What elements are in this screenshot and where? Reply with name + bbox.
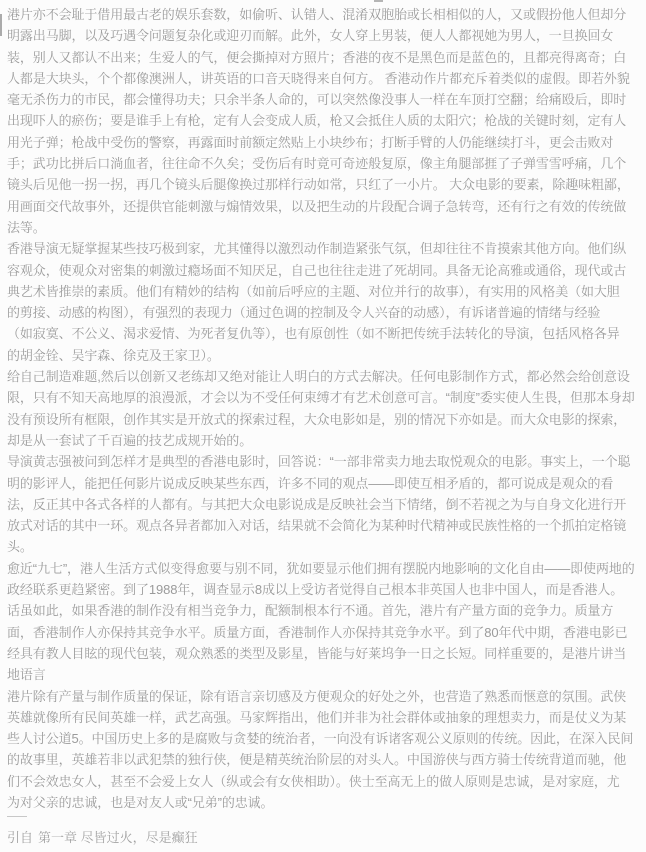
- text-line: 出现吓人的瘀伤；要是谁手上有枪，定有人会变成人质，枪又会抵住人质的太阳穴；枪战的…: [7, 110, 640, 131]
- text-line: 香港导演无疑掌握某些技巧极到家，尤其懂得以激烈动作制造紧张气氛，但却往往不肯摸索…: [7, 238, 640, 259]
- text-line: 手；武功比拼后口淌血者，往往命不久矣；受伤后有时竟可奇迹般复原，像主角腿部捱了子…: [7, 153, 640, 174]
- citation-prefix-label: 引自: [7, 830, 33, 845]
- text-line: 法，反正其中各式各样的人都有。与其把大众电影说成是反映社会当下情绪，倒不若视之为…: [7, 494, 640, 515]
- text-line: 英雄就像所有民间英雄一样，武艺高强。马家辉指出，他们并非为社会群体或抽象的理想卖…: [7, 707, 640, 728]
- citation-line: 引自第一章 尽皆过火，尽是癫狂: [7, 827, 646, 848]
- text-line: 港片除有产量与制作质量的保证，除有语言亲切感及方便观众的好处之外，也营造了熟悉而…: [7, 686, 640, 707]
- text-line: 为对父亲的忠诚，也是对友人或“兄弟”的忠诚。: [7, 792, 640, 813]
- text-line: 典艺术皆推崇的素质。他们有精妙的结构（如前后呼应的主题、对位并行的故事），有实用…: [7, 281, 640, 302]
- text-line: 的故事里，英雄若非以武犯禁的独行侠，便是精英统治阶层的对头人。中国游侠与西方骑士…: [7, 749, 640, 770]
- note-paragraph: 港片亦不会耻于借用最古老的娱乐套数，如偷听、认错人、混淆双胞胎或长相相似的人，又…: [7, 4, 640, 238]
- note-paragraph: 给自己制造难题,然后以创新又老练却又绝对能让人明白的方式去解决。任何电影制作方式…: [7, 366, 640, 451]
- text-line: 却是从一套试了千百遍的技艺成规开始的。: [7, 430, 640, 451]
- text-line: 用画面交代故事外，还提供官能刺激与煽情效果，以及把生动的片段配合调子急转弯，还有…: [7, 196, 640, 217]
- text-line: 地语言: [7, 664, 640, 685]
- text-line: 政经联系更趋紧密。到了1988年，调查显示8成以上受访者觉得自己根本非英国人也非…: [7, 579, 640, 600]
- text-line: 话虽如此，如果香港的制作没有相当竞争力，配额制根本行不通。首先，港片有产量方面的…: [7, 600, 640, 621]
- text-line: 容观众，使观众对密集的刺激过瘾场面不知厌足，自己也往往走进了死胡同。具备无论高雅…: [7, 260, 640, 281]
- text-line: （如寂寞、不公义、渴求爱情、为死者复仇等），也有原创性（如不断把传统手法转化的导…: [7, 323, 640, 344]
- text-line: 放式对话的其中一环。观点各异者都加入对话，结果就不会简化为某种时代精神或民族性格…: [7, 515, 640, 536]
- clipped-previous-line-artifact: [374, 0, 383, 2]
- note-text-block: 港片亦不会耻于借用最古老的娱乐套数，如偷听、认错人、混淆双胞胎或长相相似的人，又…: [0, 0, 646, 813]
- note-paragraph: 香港导演无疑掌握某些技巧极到家，尤其懂得以激烈动作制造紧张气氛，但却往往不肯摸索…: [7, 238, 640, 366]
- text-line: 愈近“九七”，港人生活方式似变得愈要与别不同，犹如要显示他们拥有摆脱内地影响的文…: [7, 558, 640, 579]
- text-line: 些人讨公道5。中国历史上多的是腐败与贪婪的统治者，一向没有诉诸客观公义原则的传统…: [7, 728, 640, 749]
- text-line: 面，香港制作人亦保持其竞争水平。质量方面，香港制作人亦保持其竞争水平。到了80年…: [7, 622, 640, 643]
- note-paragraph: 港片除有产量与制作质量的保证，除有语言亲切感及方便观众的好处之外，也营造了熟悉而…: [7, 686, 640, 814]
- text-line: 人都是大块头，个个都像澳洲人，讲英语的口音天晓得来自何方。 香港动作片都充斥着类…: [7, 68, 640, 89]
- text-line: 镜头后见他一拐一拐，再几个镜头后腿像换过那样行动如常，只红了一小片。 大众电影的…: [7, 174, 640, 195]
- text-line: 明的影评人，能把任何影片说成反映某些东西，许多不同的观点——即使互相矛盾的，都可…: [7, 473, 640, 494]
- text-line: 装，别人又都认不出来；生爱人的气，便会撕掉对方照片；香港的夜不是黑色而是蓝色的，…: [7, 47, 640, 68]
- text-line: 毫无杀伤力的市民，都会懂得功夫；只余半条人命的，可以突然像没事人一样在车顶打空翻…: [7, 89, 640, 110]
- text-line: 没有预设所有框限，创作其实是开放式的探索过程，大众电影如是，别的情况下亦如是。而…: [7, 409, 640, 430]
- text-line: 港片亦不会耻于借用最古老的娱乐套数，如偷听、认错人、混淆双胞胎或长相相似的人，又…: [7, 4, 640, 25]
- text-line: 明露出马脚，以及巧遇令问题复杂化或迎刃而解。此外，女人穿上男装，便人人都视她为男…: [7, 25, 640, 46]
- citation-divider: [7, 816, 27, 817]
- note-paragraph: 导演黄志强被问到怎样才是典型的香港电影时，回答说：“一部非常卖力地去取悦观众的电…: [7, 451, 640, 557]
- note-paragraph: 愈近“九七”，港人生活方式似变得愈要与别不同，犹如要显示他们拥有摆脱内地影响的文…: [7, 558, 640, 686]
- text-line: 的胡金铨、吴宇森、徐克及王家卫）。: [7, 345, 640, 366]
- text-line: 法等。: [7, 217, 640, 238]
- text-line: 给自己制造难题,然后以创新又老练却又绝对能让人明白的方式去解决。任何电影制作方式…: [7, 366, 640, 387]
- text-line: 经具有教人目眩的现代包装，观众熟悉的类型及影星，皆能与好莱坞争一日之长短。同样重…: [7, 643, 640, 664]
- chapter-link[interactable]: 第一章 尽皆过火，尽是癫狂: [38, 830, 198, 845]
- text-line: 用光子弹；枪战中受伤的警察，再露面时前额定然贴上小块纱布；打断手臂的人仍能继续打…: [7, 132, 640, 153]
- text-line: 头。: [7, 536, 640, 557]
- text-line: 限，只有不知天高地厚的浪漫派，才会以为不受任何束缚才有艺术创意可言。“制度”委实…: [7, 387, 640, 408]
- left-edge-mark-artifact: [0, 14, 2, 36]
- text-line: 导演黄志强被问到怎样才是典型的香港电影时，回答说：“一部非常卖力地去取悦观众的电…: [7, 451, 640, 472]
- text-line: 的剪接、动感的构图），有强烈的表现力（通过色调的控制及令人兴奋的动感），有诉诸普…: [7, 302, 640, 323]
- text-line: 们不会效忠女人，甚至不会爱上女人（纵或会有女侠相助）。侠士至高无上的做人原则是忠…: [7, 771, 640, 792]
